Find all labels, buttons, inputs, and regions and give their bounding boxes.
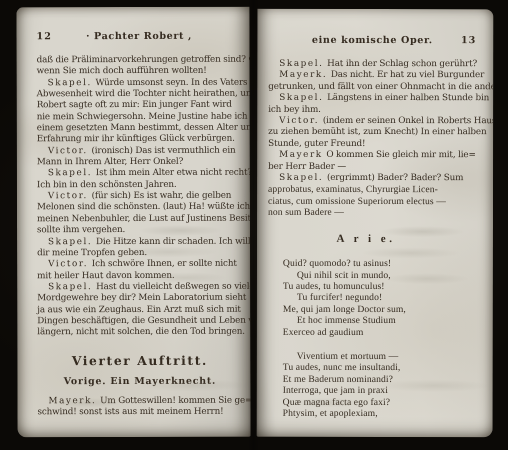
text-line: Skapel. Hat ihn der Schlag schon gerührt… <box>268 59 493 71</box>
speaker-name: Victor. <box>48 191 89 201</box>
speaker-name: Skapel. <box>48 237 93 247</box>
speaker-name: Mayerk. <box>48 396 97 406</box>
text-line: schwind! sonst ists aus mit meinem Herrn… <box>37 407 250 419</box>
text-line: wenn Sie mich doch aufführen wollten! <box>37 66 250 78</box>
running-title-right: eine komische Oper. <box>310 35 434 46</box>
text-line: Tu audes, nunc me insultandi, <box>268 362 493 374</box>
page-right-content: eine komische Oper. 13 Skapel. Hat ihn d… <box>257 9 494 420</box>
page-left-header: 12 · Pachter Robert , <box>37 31 242 43</box>
speaker-name: Skapel. <box>48 169 93 179</box>
text-line: Skapel. Ist ihm mein Alter etwa nicht re… <box>37 168 250 180</box>
text-line: einem gesetzten Mann bestimmt, dessen Al… <box>37 123 250 135</box>
text-line: Vierter Auftritt. <box>37 353 242 368</box>
text-line: Mayerk O kommen Sie gleich mir mit, lie= <box>268 150 493 162</box>
speaker-name: Victor. <box>48 146 89 156</box>
text-line: nie mein Schwiegersohn. Meine Justine ha… <box>37 111 250 123</box>
text-line: Et me Baderum nominandi? <box>268 374 493 386</box>
speaker-name: Skapel. <box>48 78 93 88</box>
text-line: Vorige. Ein Mayerknecht. <box>37 375 242 388</box>
speaker-name: Mayerk <box>279 150 324 160</box>
text-line: Melonen sind die schönsten. (laut) Ha! w… <box>37 202 250 214</box>
book-page-right: eine komische Oper. 13 Skapel. Hat ihn d… <box>257 9 494 437</box>
text-line: Qui nihil scit in mundo, <box>268 269 493 281</box>
text-line: Dingen beschäftigen, die Gesundheit und … <box>37 316 250 328</box>
text-line: Skapel. Hast du vielleicht deßwegen so v… <box>37 282 250 294</box>
text-line: Mordgewehre bey dir? Mein Laboratorium s… <box>37 293 250 305</box>
text-line: Mayerk. Um Gotteswillen! kommen Sie ge= <box>37 395 250 407</box>
text-line: sollte ihm vergehen. <box>37 225 250 237</box>
page-left-text: daß die Präliminarvorkehrungen getroffen… <box>37 55 251 419</box>
text-line: non sum Badere — <box>268 207 493 219</box>
text-line: A r i e. <box>268 234 464 246</box>
text-line: längern, nicht mit solchen, die den Tod … <box>37 327 250 339</box>
text-line: Skapel. (ergrimmt) Bader? Bader? Sum <box>268 173 493 185</box>
text-line: Skapel. Würde umsonst seyn. In des Vater… <box>37 77 250 89</box>
text-line: Stunde, guter Freund! <box>268 139 493 151</box>
speaker-name: Mayerk. <box>279 70 328 80</box>
speaker-name: Skapel. <box>279 93 324 103</box>
page-right-text: Skapel. Hat ihn der Schlag schon gerührt… <box>268 59 494 420</box>
text-line: Mann in Ihrem Alter, Herr Onkel? <box>37 157 250 169</box>
text-line: getrunken, und fällt von einer Ohnmacht … <box>268 82 493 94</box>
text-line: zu ziehen bemüht ist, zum Knecht) In ein… <box>268 127 493 139</box>
text-line: Exerceo ad gaudium <box>268 326 493 338</box>
text-line: ich bey ihm. <box>268 104 493 116</box>
text-line: Me, qui jam longe Doctor sum, <box>268 304 493 316</box>
text-line: Quid? quomodo? tu asinus! <box>268 258 493 270</box>
speaker-name: Victor. <box>279 116 320 126</box>
text-line: Phtysim, et apoplexiam, <box>268 408 493 420</box>
text-line: Skapel. Längstens in einer halben Stunde… <box>268 93 493 105</box>
speaker-name: Skapel. <box>279 173 324 183</box>
speaker-name: Victor. <box>48 259 89 269</box>
text-line: Tu audes, tu homunculus! <box>268 281 493 293</box>
text-line: Victor. Ich schwöre Ihnen, er sollte nic… <box>37 259 250 271</box>
running-title-left: · Pachter Robert , <box>79 31 200 42</box>
text-line: Interroga, que jam in praxi <box>268 385 493 397</box>
text-line: ja aus wie ein Zeughaus. Ein Arzt muß si… <box>37 304 250 316</box>
text-line: meinen Nebenbuhler, die Lust auf Justine… <box>37 214 250 226</box>
text-line: Tu furcifer! negundo! <box>268 292 493 304</box>
text-line: Et hoc immense Studium <box>268 315 493 327</box>
text-line: ber Herr Bader — <box>268 161 493 173</box>
text-line: Victor. (indem er seinen Onkel in Robert… <box>268 116 493 128</box>
text-line: Mayerk. Das nicht. Er hat zu viel Burgun… <box>268 70 493 82</box>
text-line: Robert sagte oft zu mir: Ein junger Fant… <box>37 100 250 112</box>
text-line: Skapel. Die Hitze kann dir schaden. Ich … <box>37 236 250 248</box>
text-line: Ich bin in den schönsten Jahren. <box>37 179 250 191</box>
speaker-name: Skapel. <box>48 282 93 292</box>
text-line: Abwesenheit wird die Tochter nicht heira… <box>37 89 250 101</box>
text-line: approbatus, examinatus, Chyrurgiae Licen… <box>268 184 493 196</box>
text-line: daß die Präliminarvorkehrungen getroffen… <box>37 55 250 67</box>
text-line: Victor. (ironisch) Das ist vermuthlich e… <box>37 145 250 157</box>
text-line: mit heiler Haut davon kommen. <box>37 270 250 282</box>
page-right-header: eine komische Oper. 13 <box>268 35 476 46</box>
book-page-left: 12 · Pachter Robert , daß die Präliminar… <box>16 7 250 438</box>
text-line: dir meine Tropfen geben. <box>37 248 250 260</box>
page-left-content: 12 · Pachter Robert , daß die Präliminar… <box>16 7 250 419</box>
text-line: Viventium et mortuum — <box>268 351 493 363</box>
text-line: Erfahrung mir ihr künftiges Glück verbür… <box>37 134 250 146</box>
text-line: ciatus, cum omissione Superiorum electus… <box>268 196 493 208</box>
speaker-name: Skapel. <box>279 59 324 69</box>
text-line: Quæ magna facta ego faxi? <box>268 396 493 408</box>
page-number-right: 13 <box>434 35 476 46</box>
page-number-left: 12 <box>37 31 79 42</box>
